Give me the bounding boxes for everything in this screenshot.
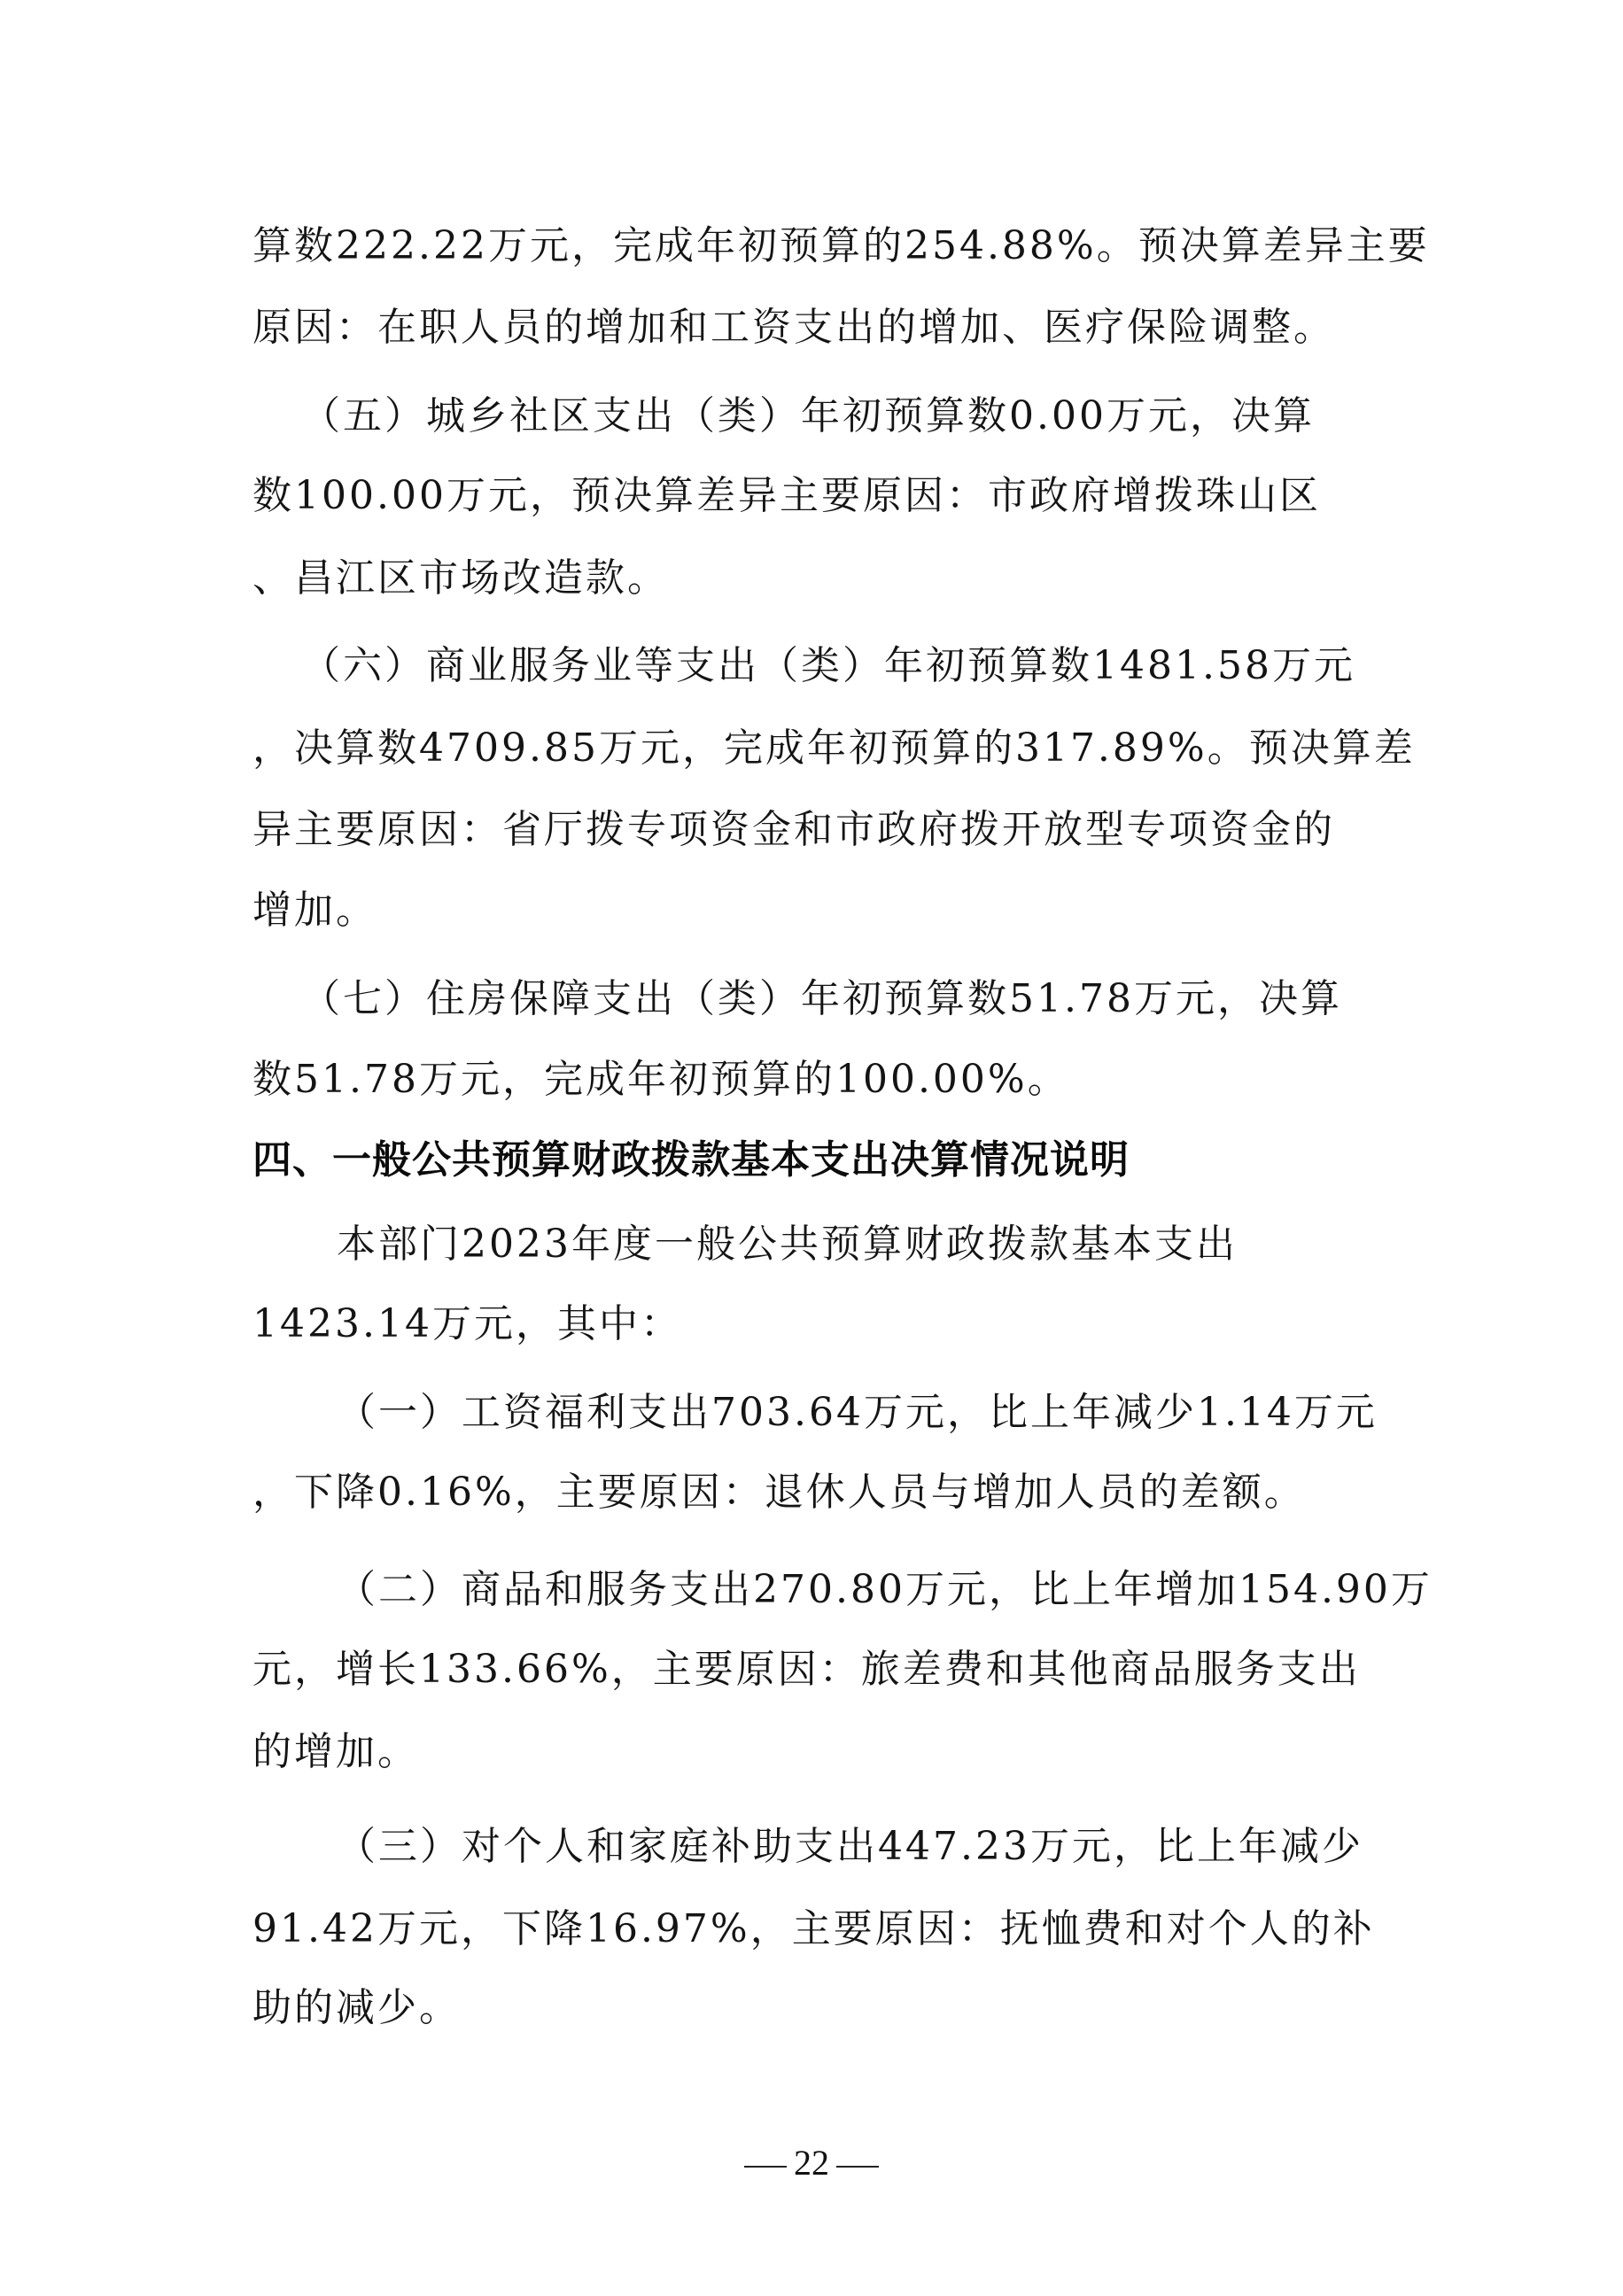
paragraph-line: 算数222.22万元，完成年初预算的254.88%。预决算差异主要	[252, 221, 1404, 271]
paragraph-line: （五）城乡社区支出（类）年初预算数0.00万元，决算	[301, 392, 1453, 441]
paragraph-line: ，下降0.16%，主要原因：退休人员与增加人员的差额。	[252, 1468, 1404, 1517]
paragraph-line: ，决算数4709.85万元，完成年初预算的317.89%。预决算差	[252, 724, 1404, 773]
paragraph-line: 本部门2023年度一般公共预算财政拨款基本支出	[337, 1220, 1488, 1269]
document-page: 算数222.22万元，完成年初预算的254.88%。预决算差异主要 原因：在职人…	[0, 0, 1623, 2296]
paragraph-line: （六）商业服务业等支出（类）年初预算数1481.58万元	[301, 641, 1453, 691]
paragraph-line: （一）工资福利支出703.64万元，比上年减少1.14万元	[337, 1388, 1488, 1438]
dash-left	[744, 2166, 787, 2168]
paragraph-line: 元，增长133.66%，主要原因：旅差费和其他商品服务支出	[252, 1645, 1404, 1695]
paragraph-line: 数51.78万元，完成年初预算的100.00%。	[252, 1055, 1404, 1105]
paragraph-line: 原因：在职人员的增加和工资支出的增加、医疗保险调整。	[252, 303, 1404, 353]
section-heading: 四、一般公共预算财政拨款基本支出决算情况说明	[252, 1136, 1404, 1185]
page-number: 22	[0, 2142, 1623, 2184]
paragraph-line: 异主要原因：省厅拨专项资金和市政府拨开放型专项资金的	[252, 805, 1404, 855]
dash-right	[836, 2166, 879, 2168]
paragraph-line: （七）住房保障支出（类）年初预算数51.78万元，决算	[301, 974, 1453, 1024]
paragraph-line: 数100.00万元，预决算差异主要原因：市政府增拨珠山区	[252, 471, 1404, 521]
paragraph-line: （二）商品和服务支出270.80万元，比上年增加154.90万	[337, 1565, 1488, 1615]
paragraph-line: （三）对个人和家庭补助支出447.23万元，比上年减少	[337, 1822, 1488, 1872]
paragraph-line: 1423.14万元，其中：	[252, 1299, 1404, 1349]
paragraph-line: 助的减少。	[252, 1983, 1404, 2033]
paragraph-line: 的增加。	[252, 1727, 1404, 1777]
paragraph-line: 增加。	[252, 886, 1404, 935]
paragraph-line: 、昌江区市场改造款。	[252, 554, 1404, 603]
paragraph-line: 91.42万元，下降16.97%，主要原因：抚恤费和对个人的补	[252, 1904, 1404, 1954]
page-number-value: 22	[794, 2143, 829, 2183]
